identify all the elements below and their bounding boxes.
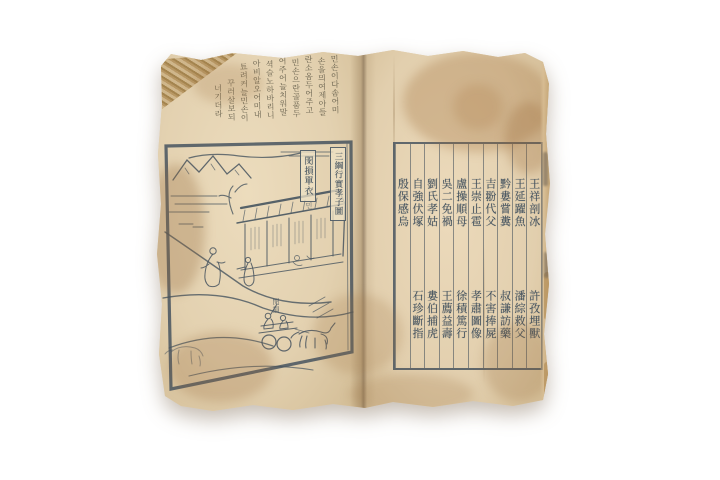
toc-entry: 吉翂代父 <box>485 178 496 228</box>
toc-entry: 孝肅圖像 <box>470 290 481 340</box>
toc-column: 劉氏孝姑 婁伯捕虎 <box>424 144 439 368</box>
paper-stain <box>453 84 503 130</box>
photo-scene: 민손이다솜어미 손을믜여제아들 란소옴두어주고 민손으란골품두 어주어늘치워말 … <box>0 0 720 480</box>
toc-entry: 王祥剖冰 <box>529 178 540 228</box>
paper-fiber <box>155 384 161 389</box>
worn-edge-tab <box>544 272 551 320</box>
paper-stain <box>147 164 205 294</box>
toc-column: 吳二免禍 王薦益壽 <box>439 144 454 368</box>
toc-entry: 殷保感烏 <box>397 178 408 228</box>
figure-name-label: 閔損 <box>271 298 281 314</box>
paper-fiber <box>216 49 221 56</box>
toc-entry: 徐積篤行 <box>456 290 467 340</box>
edge-ink-smudge <box>543 152 548 186</box>
paper-stain <box>313 294 403 374</box>
toc-entry: 黔婁嘗糞 <box>500 178 511 228</box>
story-title-annotation: 민 <box>304 202 314 209</box>
book-photo: 민손이다솜어미 손을믜여제아들 란소옴두어주고 민손으란골품두 어주어늘치워말 … <box>153 44 552 416</box>
paper-stain <box>349 374 473 414</box>
toc-column: 盧操順母 徐積篤行 <box>453 144 468 368</box>
toc-column: 自強伏塚 石珍斷指 <box>410 144 425 368</box>
toc-entry: 王延躍魚 <box>514 178 525 228</box>
series-title-cartouche: 三綱行實孝子圖 <box>330 147 346 221</box>
paper-stain <box>193 64 263 104</box>
toc-entry: 盧操順母 <box>456 178 467 228</box>
worn-edge-tab <box>544 362 552 396</box>
edge-ink-smudge <box>544 252 549 278</box>
toc-entry: 王薦益壽 <box>441 290 452 340</box>
story-title-cartouche: 閔損單衣 <box>300 150 316 202</box>
paper-stain <box>169 332 273 402</box>
opened-book: 민손이다솜어미 손을믜여제아들 란소옴두어주고 민손으란골품두 어주어늘치워말 … <box>153 44 552 416</box>
toc-entry: 吳二免禍 <box>441 178 452 228</box>
toc-entry: 王崇止雹 <box>470 178 481 228</box>
toc-entry: 婁伯捕虎 <box>427 290 438 340</box>
toc-entry: 自強伏塚 <box>412 178 423 228</box>
toc-column: 王崇止雹 孝肅圖像 <box>468 144 483 368</box>
toc-entry: 劉氏孝姑 <box>427 178 438 228</box>
page-edges <box>540 60 552 402</box>
toc-entry: 石珍斷指 <box>412 290 423 340</box>
